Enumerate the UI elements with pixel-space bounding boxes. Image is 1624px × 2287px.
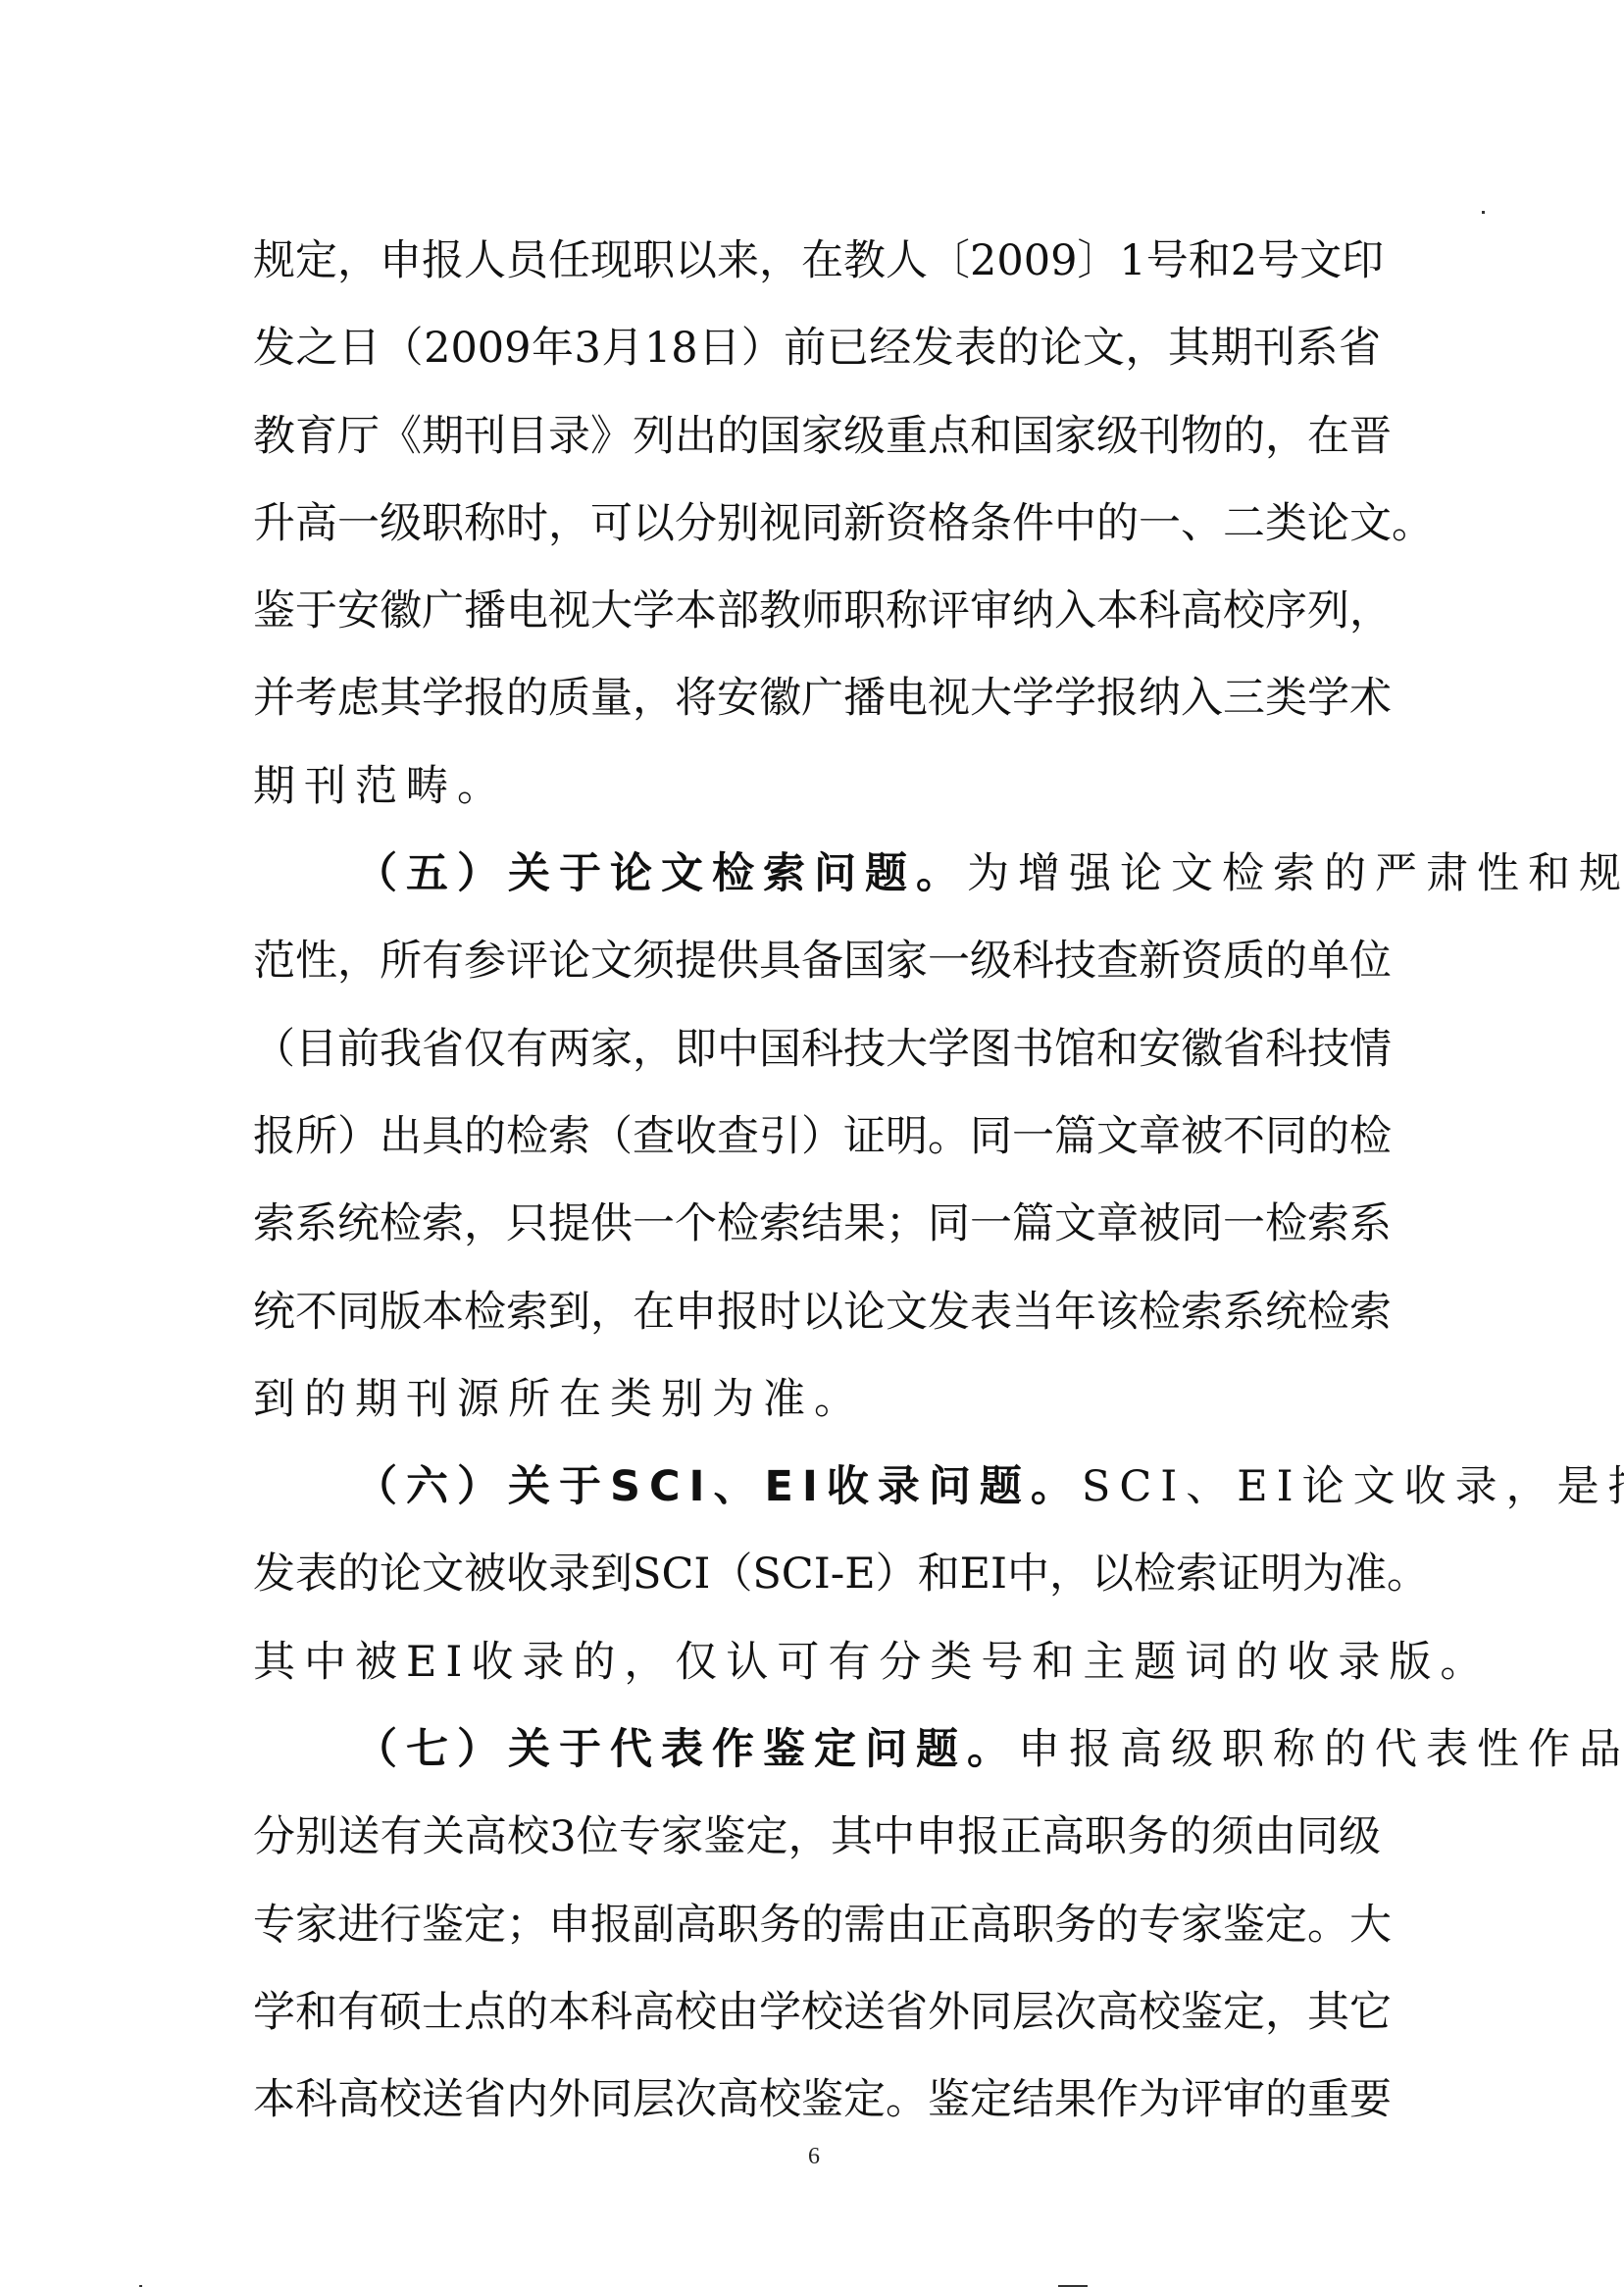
line-text: 索系统检索，只提供一个检索结果；同一篇文章被同一检索系 <box>253 1199 1392 1248</box>
line-text: 升高一级职称时，可以分别视同新资格条件中的一、二类论文。 <box>253 499 1434 548</box>
paragraph-line: 到的期刊源所在类别为准。 <box>253 1356 1381 1444</box>
paragraph-line: 学和有硕士点的本科高校由学校送省外同层次高校鉴定，其它 <box>253 1969 1381 2057</box>
scan-speck <box>1482 211 1485 214</box>
section-heading-line-6: （六）关于SCI、EI收录问题。SCI、EI论文收录，是指 <box>253 1444 1381 1531</box>
paragraph-line: 范性，所有参评论文须提供具备国家一级科技查新资质的单位 <box>253 918 1381 1005</box>
section-heading: （五）关于论文检索问题。 <box>355 849 967 898</box>
line-text: 专家进行鉴定；申报副高职务的需由正高职务的专家鉴定。大 <box>253 1901 1392 1950</box>
line-text: 规定，申报人员任现职以来，在教人〔2009〕1号和2号文印 <box>253 236 1384 285</box>
section-heading-line-7: （七）关于代表作鉴定问题。申报高级职称的代表性作品， <box>253 1706 1381 1794</box>
paragraph-line: 发表的论文被收录到SCI（SCI-E）和EI中，以检索证明为准。 <box>253 1531 1381 1618</box>
section-heading: （六）关于SCI、EI收录问题。 <box>355 1462 1082 1511</box>
paragraph-line: 鉴于安徽广播电视大学本部教师职称评审纳入本科高校序列， <box>253 568 1381 655</box>
document-body: 规定，申报人员任现职以来，在教人〔2009〕1号和2号文印 发之日（2009年3… <box>253 218 1381 2145</box>
line-text: 教育厅《期刊目录》列出的国家级重点和国家级刊物的，在晋 <box>253 412 1392 461</box>
section-heading-line-5: （五）关于论文检索问题。为增强论文检索的严肃性和规 <box>253 831 1381 918</box>
paragraph-line: 本科高校送省内外同层次高校鉴定。鉴定结果作为评审的重要 <box>253 2057 1381 2144</box>
paragraph-line: 发之日（2009年3月18日）前已经发表的论文，其期刊系省 <box>253 305 1381 392</box>
line-text: 发之日（2009年3月18日）前已经发表的论文，其期刊系省 <box>253 324 1381 373</box>
line-text: 报所）出具的检索（查收查引）证明。同一篇文章被不同的检 <box>253 1112 1392 1161</box>
page-number: 6 <box>808 2144 820 2170</box>
paragraph-line: 专家进行鉴定；申报副高职务的需由正高职务的专家鉴定。大 <box>253 1882 1381 1969</box>
line-text: 分别送有关高校3位专家鉴定，其中申报正高职务的须由同级 <box>253 1812 1381 1861</box>
line-text: 鉴于安徽广播电视大学本部教师职称评审纳入本科高校序列， <box>253 586 1392 635</box>
paragraph-line: 教育厅《期刊目录》列出的国家级重点和国家级刊物的，在晋 <box>253 393 1381 481</box>
paragraph-line: 期刊范畴。 <box>253 743 1381 831</box>
paragraph-line: 报所）出具的检索（查收查引）证明。同一篇文章被不同的检 <box>253 1093 1381 1181</box>
document-page: 规定，申报人员任现职以来，在教人〔2009〕1号和2号文印 发之日（2009年3… <box>0 0 1624 2287</box>
paragraph-line: 并考虑其学报的质量，将安徽广播电视大学学报纳入三类学术 <box>253 655 1381 742</box>
line-text: 到的期刊源所在类别为准。 <box>253 1375 865 1424</box>
paragraph-line: 规定，申报人员任现职以来，在教人〔2009〕1号和2号文印 <box>253 218 1381 305</box>
line-text: 范性，所有参评论文须提供具备国家一级科技查新资质的单位 <box>253 937 1392 986</box>
line-text: 期刊范畴。 <box>253 762 508 811</box>
line-text: 为增强论文检索的严肃性和规 <box>967 849 1624 898</box>
line-text: 本科高校送省内外同层次高校鉴定。鉴定结果作为评审的重要 <box>253 2075 1392 2124</box>
paragraph-line: 分别送有关高校3位专家鉴定，其中申报正高职务的须由同级 <box>253 1794 1381 1881</box>
line-text: 并考虑其学报的质量，将安徽广播电视大学学报纳入三类学术 <box>253 674 1392 723</box>
paragraph-line: 索系统检索，只提供一个检索结果；同一篇文章被同一检索系 <box>253 1181 1381 1268</box>
line-text: （目前我省仅有两家，即中国科技大学图书馆和安徽省科技情 <box>253 1025 1392 1074</box>
line-text: 发表的论文被收录到SCI（SCI-E）和EI中，以检索证明为准。 <box>253 1550 1429 1599</box>
paragraph-line: 其中被EI收录的，仅认可有分类号和主题词的收录版。 <box>253 1619 1381 1706</box>
line-text: 学和有硕士点的本科高校由学校送省外同层次高校鉴定，其它 <box>253 1988 1392 2037</box>
line-text: 统不同版本检索到，在申报时以论文发表当年该检索系统检索 <box>253 1288 1392 1337</box>
paragraph-line: （目前我省仅有两家，即中国科技大学图书馆和安徽省科技情 <box>253 1006 1381 1093</box>
line-text: 其中被EI收录的，仅认可有分类号和主题词的收录版。 <box>253 1638 1491 1687</box>
paragraph-line: 统不同版本检索到，在申报时以论文发表当年该检索系统检索 <box>253 1269 1381 1356</box>
section-heading: （七）关于代表作鉴定问题。 <box>355 1725 1018 1774</box>
line-text: 申报高级职称的代表性作品， <box>1018 1725 1624 1774</box>
line-text: SCI、EI论文收录，是指 <box>1082 1462 1624 1511</box>
paragraph-line: 升高一级职称时，可以分别视同新资格条件中的一、二类论文。 <box>253 481 1381 568</box>
